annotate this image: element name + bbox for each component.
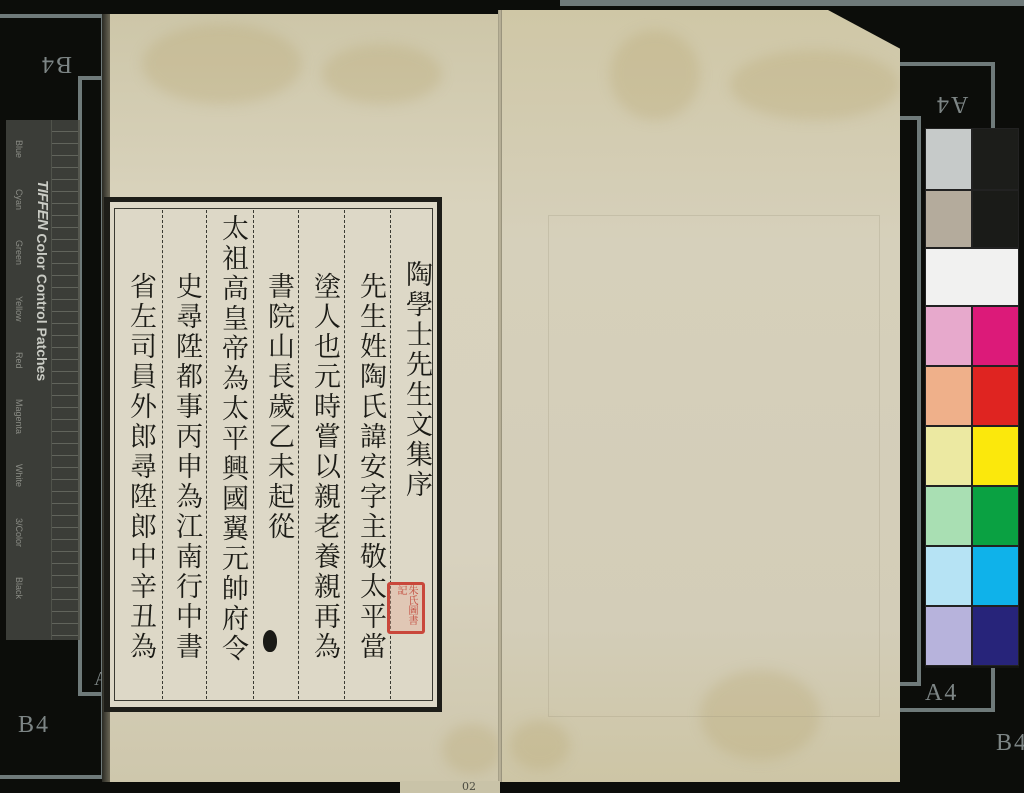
column-rule <box>206 210 207 699</box>
stain <box>610 30 700 120</box>
column-rule <box>162 210 163 699</box>
tiffen-color-list: Blue Cyan Green Yellow Red Magenta White… <box>14 140 24 627</box>
text-column: 省左司員外郎尋陞郎中辛丑為 <box>122 272 158 662</box>
column-rule <box>344 210 345 699</box>
stain <box>442 724 502 774</box>
color-patch-light-yellow <box>925 426 972 486</box>
book-spine <box>498 10 502 782</box>
tiffen-color-label: Yellow <box>14 296 24 322</box>
b4-label-bottom-left: B4 <box>18 712 50 739</box>
a4-label-top-right: A4 <box>935 90 968 117</box>
b4-label-bottom-right: B4 <box>996 730 1024 757</box>
color-patch-light-cyan <box>925 546 972 606</box>
color-patch-light-blue <box>925 606 972 666</box>
page-number: 02 <box>462 780 476 793</box>
tiffen-logo: TIFFEN <box>34 180 51 230</box>
tiffen-color-label: Blue <box>14 140 24 158</box>
color-patch-blue <box>972 606 1019 666</box>
tiffen-brand: TIFFEN Color Control Patches <box>34 180 51 381</box>
page-tab <box>400 781 500 793</box>
b4-frame-right <box>560 0 1024 6</box>
stain <box>510 720 570 770</box>
text-column-title: 陶學士先生文集序 <box>398 260 434 500</box>
color-patch-light-magenta <box>925 306 972 366</box>
column-rule <box>253 210 254 699</box>
color-patch-red <box>972 366 1019 426</box>
a4-label-bottom-right: A4 <box>925 680 958 707</box>
tiffen-color-label: Cyan <box>14 189 24 210</box>
color-patch-magenta <box>972 306 1019 366</box>
color-patch-green <box>972 486 1019 546</box>
bleed-through-frame <box>548 215 880 717</box>
text-column: 先生姓陶氏諱安字主敬太平當 <box>352 272 388 662</box>
color-patch-light-gray <box>925 128 972 190</box>
color-patch-light-red <box>925 366 972 426</box>
color-patch-yellow <box>972 426 1019 486</box>
ruler-scale <box>51 120 78 640</box>
color-patch-cyan <box>972 546 1019 606</box>
tiffen-color-label: 3/Color <box>14 518 24 547</box>
text-column: 書院山長歲乙未起從 <box>260 272 296 542</box>
column-rule <box>298 210 299 699</box>
text-column: 太祖高皇帝為太平興國翼元帥府令 <box>214 214 250 664</box>
stain <box>142 24 302 104</box>
color-control-patches <box>925 128 1019 668</box>
tiffen-color-label: Red <box>14 352 24 369</box>
color-patch-white <box>925 248 1019 306</box>
color-patch-dark-gray-2 <box>972 190 1019 248</box>
stain <box>322 44 442 104</box>
stain <box>730 50 900 120</box>
tiffen-color-label: White <box>14 464 24 487</box>
ink-blot <box>263 630 277 652</box>
red-collector-seal: 朱氏圖書記 <box>387 582 425 634</box>
color-patch-light-green <box>925 486 972 546</box>
tiffen-color-strip: Blue Cyan Green Yellow Red Magenta White… <box>6 120 80 640</box>
text-column: 塗人也元時嘗以親老養親再為 <box>306 272 342 662</box>
tiffen-color-label: Black <box>14 577 24 599</box>
color-patch-dark-gray-1 <box>972 128 1019 190</box>
tiffen-color-label: Magenta <box>14 399 24 434</box>
tiffen-color-label: Green <box>14 240 24 265</box>
tiffen-product-name: Color Control Patches <box>34 233 50 381</box>
b4-label-top-left: B4 <box>40 50 72 77</box>
color-patch-warm-gray <box>925 190 972 248</box>
text-column: 史尋陞都事丙申為江南行中書 <box>168 272 204 662</box>
